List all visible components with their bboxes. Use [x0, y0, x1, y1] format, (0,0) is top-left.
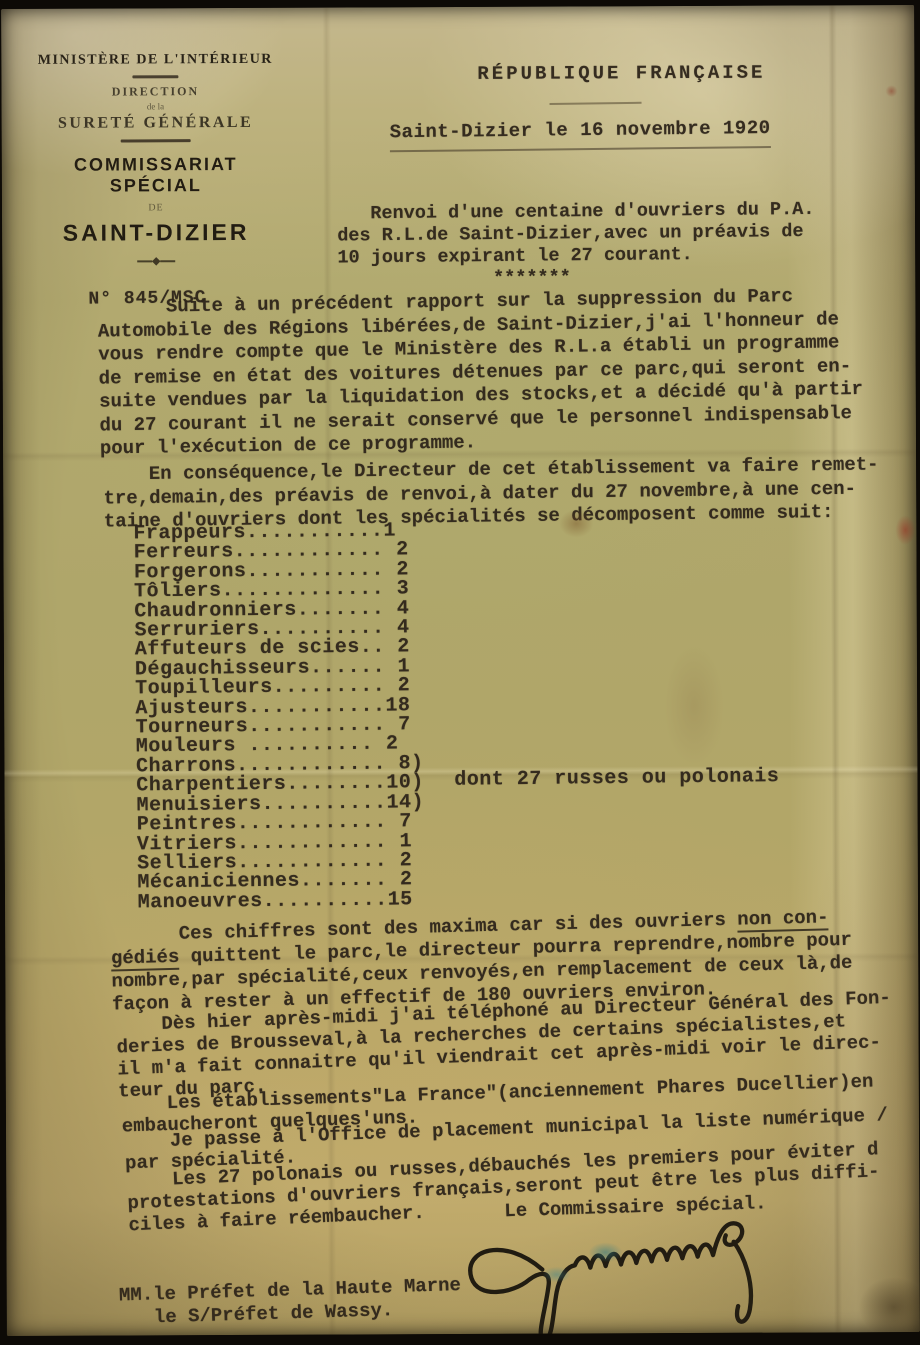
letterhead-direction: DIRECTION — [29, 84, 281, 100]
text-line: Manoeuvres..........15 — [138, 890, 426, 913]
recipients: MM.le Préfet de la Haute Marne le S/Préf… — [119, 1274, 462, 1330]
ornament-line — [137, 260, 152, 262]
paper-sheet: MINISTÈRE DE L'INTÉRIEUR DIRECTION de la… — [1, 5, 920, 1336]
ornament-line — [160, 260, 175, 262]
letterhead-de: DE — [30, 202, 282, 214]
dateline: Saint-Dizier le 16 novembre 1920 — [390, 117, 771, 152]
list-annotation: dont 27 russes ou polonais — [454, 767, 779, 790]
subject-block: Renvoi d'une centaine d'ouvriers du P.A.… — [337, 199, 815, 292]
republic-rule — [550, 102, 642, 105]
letterhead-ornament — [30, 258, 282, 265]
paper-stain — [885, 85, 897, 97]
signature-scrawl — [419, 1210, 824, 1335]
letterhead-surete: SURETÉ GÉNÉRALE — [30, 114, 282, 133]
letterhead-de-la: de la — [30, 101, 282, 112]
letterhead: MINISTÈRE DE L'INTÉRIEUR DIRECTION de la… — [29, 52, 282, 265]
paragraph-intro: Suite à un précédent rapport sur la supp… — [97, 284, 864, 461]
specialties-list: dont 27 russes ou polonais Frappeurs....… — [133, 521, 425, 912]
underlined-text: gédiés — [111, 946, 180, 972]
letterhead-rule — [121, 139, 191, 142]
letterhead-city: SAINT-DIZIER — [30, 219, 282, 247]
ornament-diamond-icon — [152, 257, 160, 265]
paper-stain — [664, 646, 725, 766]
paper-stain — [859, 1277, 920, 1336]
paper-stain — [895, 515, 915, 545]
document-photo: MINISTÈRE DE L'INTÉRIEUR DIRECTION de la… — [0, 0, 920, 1345]
letterhead-commissariat: COMMISSARIAT SPÉCIAL — [30, 154, 282, 197]
republic-title: RÉPUBLIQUE FRANÇAISE — [421, 61, 821, 85]
letterhead-rule — [132, 75, 178, 78]
text-line: des R.L.de Saint-Dizier,avec un préavis … — [337, 221, 815, 248]
letterhead-ministry: MINISTÈRE DE L'INTÉRIEUR — [29, 52, 281, 69]
